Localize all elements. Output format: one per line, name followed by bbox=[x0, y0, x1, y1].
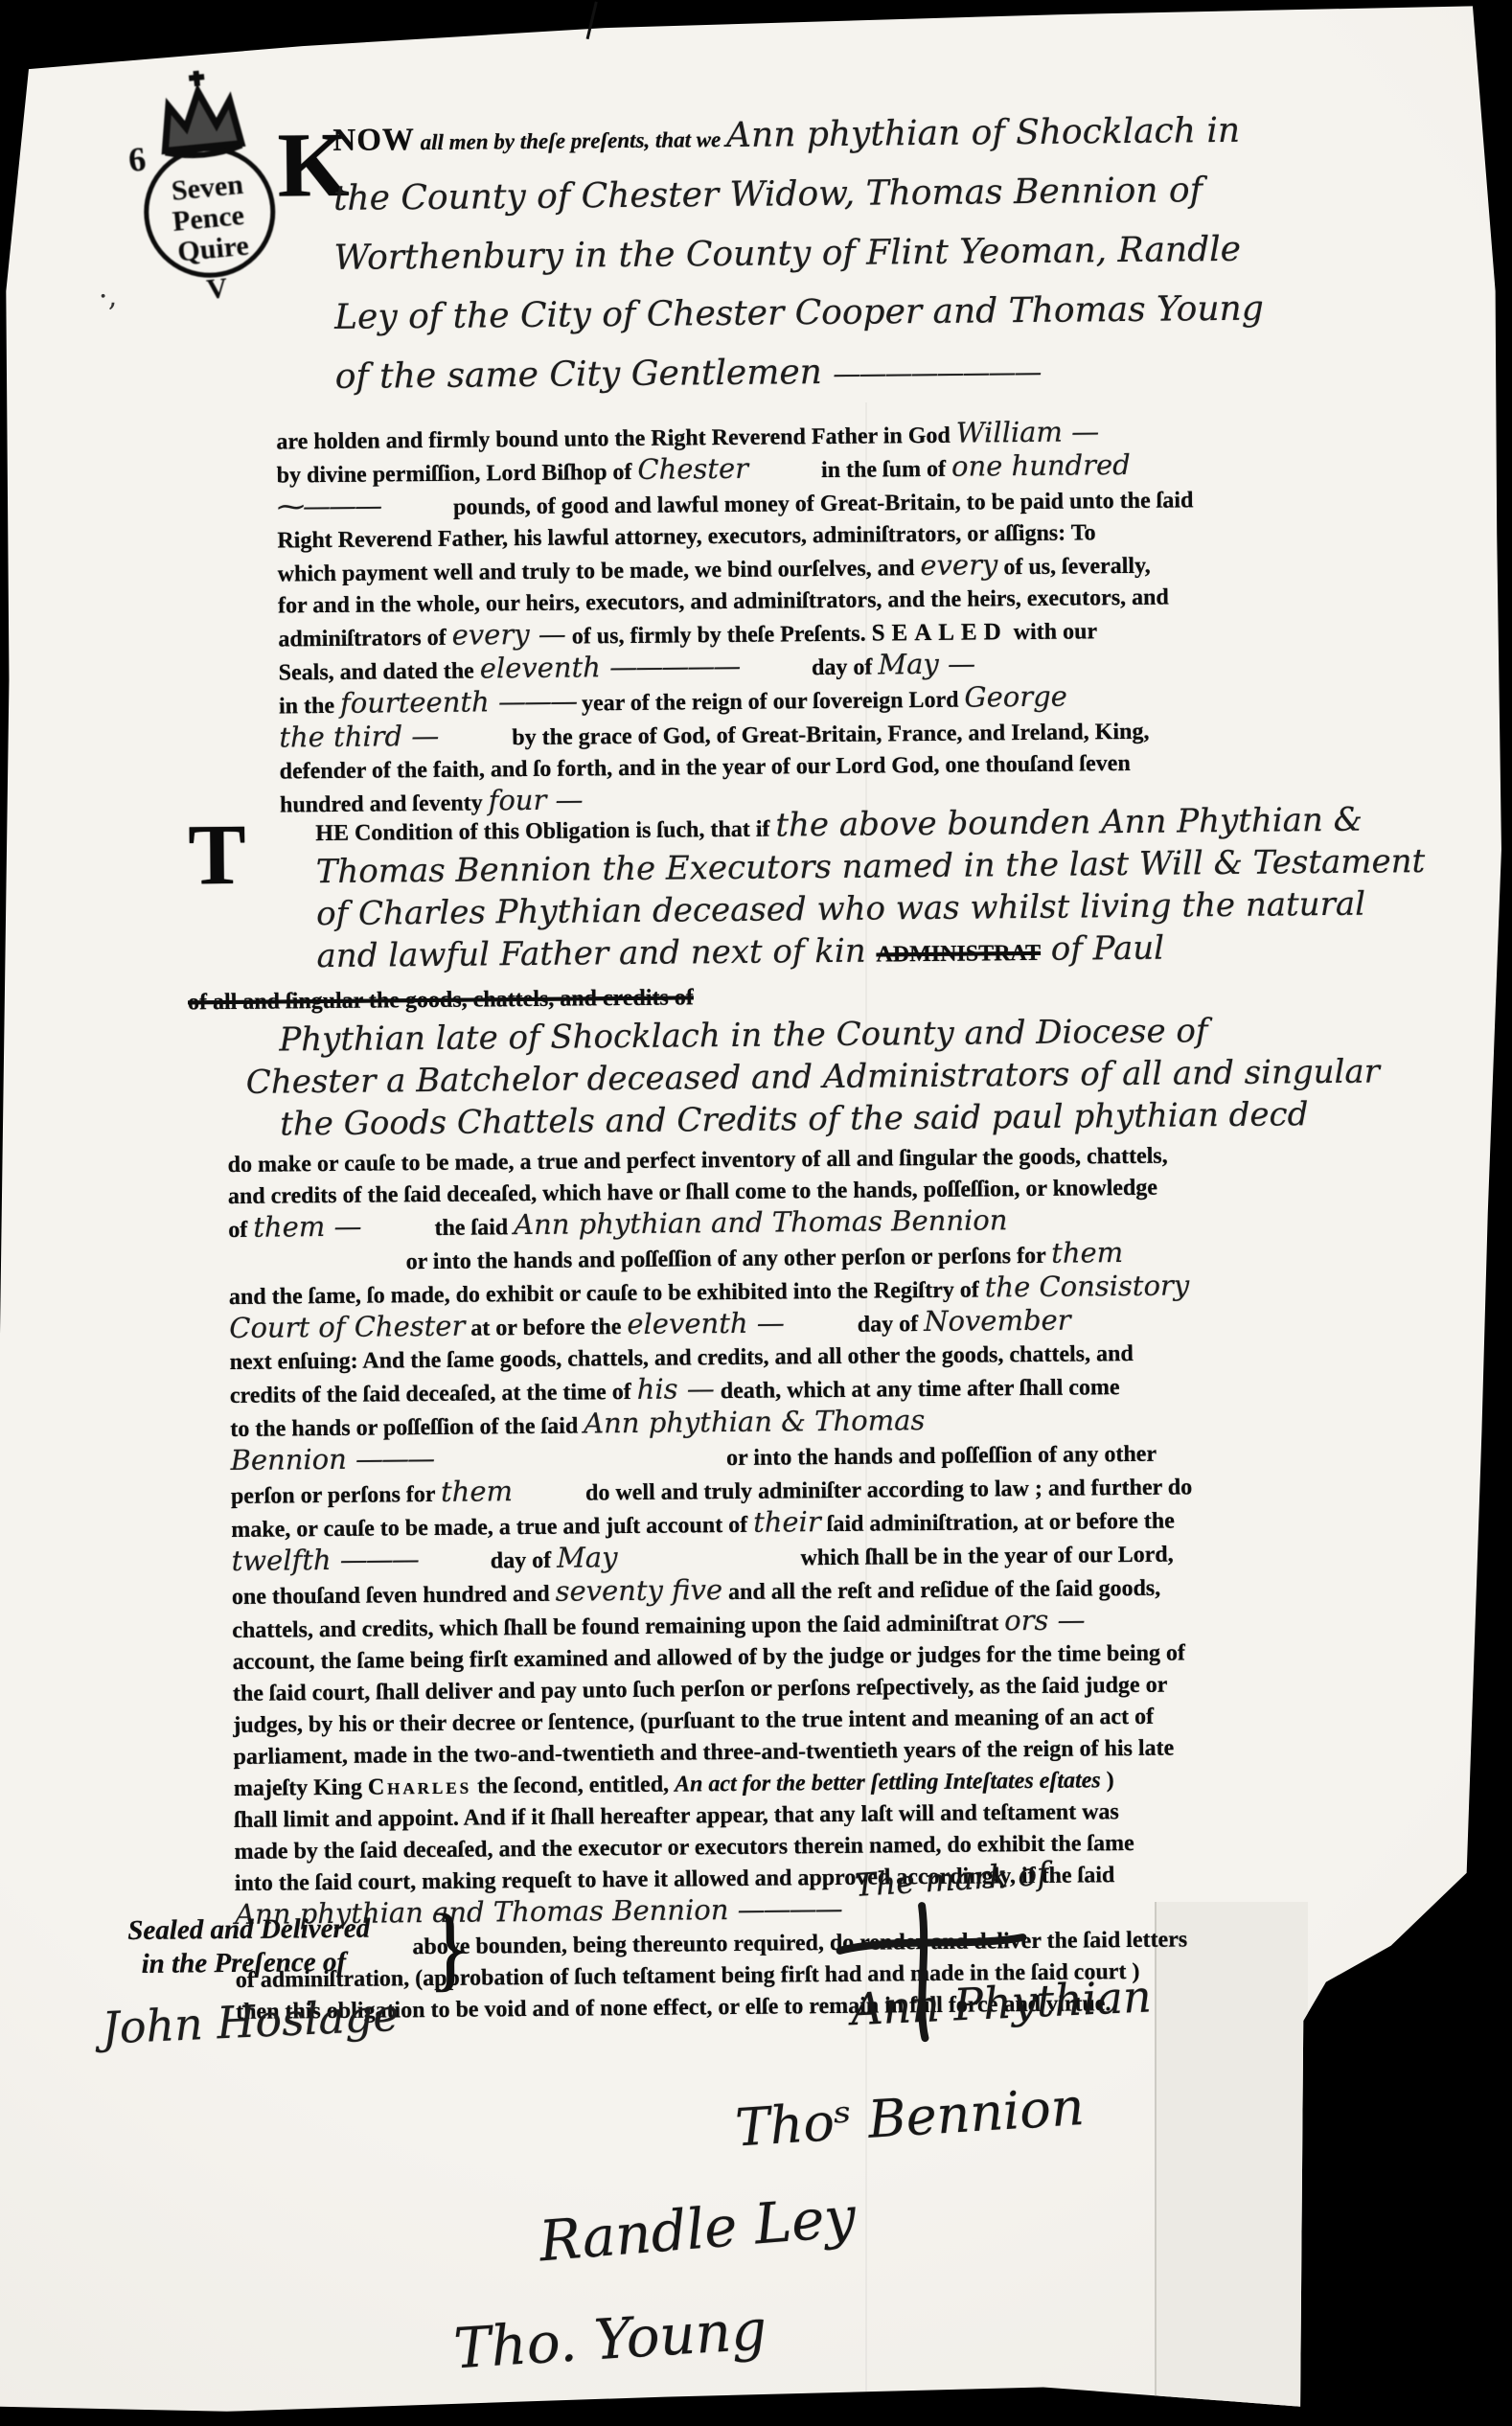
text-segment: Bennion bbox=[230, 1443, 355, 1476]
text-segment: ——— bbox=[498, 685, 576, 719]
text-segment: every bbox=[920, 548, 997, 582]
stray-pen-mark bbox=[586, 2, 598, 40]
text-segment: do make or cauſe to be made, a true and … bbox=[228, 1144, 1168, 1178]
document-line: the County of Chester Widow, Thomas Benn… bbox=[333, 165, 1475, 235]
text-segment: HE Condition of this Obligation is ſuch,… bbox=[315, 817, 775, 847]
text-segment: day of bbox=[852, 1312, 925, 1338]
text-segment bbox=[380, 515, 447, 515]
text-segment: ——— bbox=[355, 1442, 433, 1476]
text-segment: or into the hands and poſſeſſion of any … bbox=[721, 1442, 1157, 1471]
text-segment bbox=[618, 1565, 795, 1567]
text-segment: Ann phythian and Thomas Bennion bbox=[514, 1203, 1008, 1241]
text-segment: NOW bbox=[332, 123, 415, 158]
text-segment: and all the reſt and reſidue of the ſaid… bbox=[722, 1576, 1160, 1605]
text-segment bbox=[513, 1500, 580, 1501]
text-segment: day of bbox=[485, 1548, 558, 1574]
text-segment: George bbox=[964, 680, 1067, 714]
crown-icon: 6 Seven Pence Quire V bbox=[119, 54, 300, 312]
text-segment: by divine permiſſion, Lord Biſhop of bbox=[277, 460, 638, 489]
text-segment: which payment well and truly to be made,… bbox=[278, 556, 921, 586]
text-segment: the above bounden Ann Phythian & bbox=[775, 801, 1363, 845]
text-segment: An act for the better ſettling Inteſtate… bbox=[675, 1768, 1101, 1797]
text-segment bbox=[439, 744, 506, 745]
text-segment: Seals, and dated the bbox=[279, 658, 480, 685]
text-segment: chattels, and credits, which ſhall be fo… bbox=[232, 1611, 1004, 1643]
text-segment: ————— bbox=[609, 650, 739, 683]
text-segment: Phythian late of Shocklach in the County… bbox=[279, 1012, 1207, 1059]
text-segment: of us, firmly by theſe Preſents. bbox=[566, 622, 872, 650]
text-segment: of all and ſingular the goods, chattels,… bbox=[188, 985, 694, 1015]
attestation-block: Sealed and Delivered in the Preſence of … bbox=[127, 1911, 531, 1981]
text-segment: Ley of the City of Chester Cooper and Th… bbox=[334, 289, 1264, 337]
text-segment: with our bbox=[1008, 619, 1098, 645]
text-segment bbox=[362, 1235, 429, 1236]
text-segment: Court of Chester bbox=[229, 1310, 465, 1344]
text-segment: Charles bbox=[368, 1774, 471, 1800]
signature-thomas-young: Tho. Young bbox=[452, 2297, 768, 2381]
text-segment: make, or cauſe to be made, a true and ju… bbox=[231, 1513, 753, 1543]
text-segment bbox=[418, 1568, 485, 1568]
text-segment: defender of the faith, and ſo forth, and… bbox=[280, 751, 1131, 785]
text-segment: adminiſtrators of bbox=[278, 626, 452, 652]
text-segment: the County of Chester Widow, Thomas Benn… bbox=[333, 171, 1203, 218]
text-segment: majeſty King bbox=[234, 1775, 368, 1801]
stamp-letter-v: V bbox=[205, 272, 229, 306]
revenue-stamp: 6 Seven Pence Quire V bbox=[119, 54, 300, 312]
signature-thomas-bennion: Thoˢ Bennion bbox=[734, 2076, 1087, 2158]
text-segment: and lawful Father and next of kin bbox=[316, 932, 876, 976]
condition-paragraph: HE Condition of this Obligation is ſuch,… bbox=[224, 802, 1491, 2029]
text-segment: ——— bbox=[340, 1543, 418, 1576]
text-segment: William — bbox=[956, 415, 1100, 448]
text-segment: of the same City Gentlemen bbox=[335, 353, 834, 397]
text-segment: every — bbox=[451, 618, 565, 652]
text-segment: for and in the whole, our heirs, executo… bbox=[278, 585, 1169, 619]
text-segment: at or before the bbox=[465, 1315, 627, 1341]
text-segment bbox=[433, 1465, 721, 1468]
document-line: NOW all men by theſe preſents, that we A… bbox=[332, 100, 1474, 175]
text-segment: of Paul bbox=[1041, 929, 1164, 969]
document-line: Worthenbury in the County of Flint Yeoma… bbox=[333, 224, 1475, 294]
text-segment: November bbox=[924, 1304, 1071, 1338]
text-segment: pounds, of good and lawful money of Grea… bbox=[447, 488, 1194, 519]
text-segment: Worthenbury in the County of Flint Yeoma… bbox=[333, 230, 1241, 278]
text-segment: or into the hands and poſſeſſion of any … bbox=[406, 1244, 1052, 1274]
text-segment: and credits of the ſaid deceaſed, which … bbox=[228, 1176, 1157, 1209]
text-segment: them — bbox=[253, 1210, 362, 1244]
text-segment bbox=[785, 1332, 852, 1333]
document-line: Ley of the City of Chester Cooper and Th… bbox=[334, 284, 1476, 354]
text-segment: parliament, made in the two-and-twentiet… bbox=[233, 1736, 1174, 1770]
document-content: 6 Seven Pence Quire V K T NOW all men by… bbox=[0, 0, 1512, 2426]
text-segment: Chester bbox=[637, 452, 748, 486]
text-segment: judges, by his or their decree or ſenten… bbox=[233, 1705, 1154, 1738]
document-line: of the same City Gentlemen ———————— bbox=[335, 343, 1477, 413]
text-segment bbox=[739, 675, 806, 675]
margin-ink-dots: ·‚ bbox=[99, 280, 117, 313]
text-segment: the ſaid bbox=[428, 1215, 514, 1241]
text-segment: ſaid adminiſtration, at or before the bbox=[821, 1509, 1175, 1538]
text-segment: to the hands or poſſeſſion of the ſaid bbox=[230, 1413, 584, 1442]
text-segment: death, which at any time after ſhall com… bbox=[715, 1375, 1120, 1404]
text-segment: do well and truly adminiſter according t… bbox=[580, 1475, 1192, 1505]
scanned-document-page: { "colors":{"background":"#000000","pape… bbox=[0, 0, 1512, 2426]
text-segment: them bbox=[1051, 1236, 1123, 1270]
text-segment: in the ſum of bbox=[815, 457, 951, 483]
text-segment bbox=[748, 477, 815, 478]
text-segment: of bbox=[228, 1218, 253, 1243]
text-segment: in the bbox=[279, 694, 340, 720]
text-segment: ) bbox=[1101, 1768, 1114, 1793]
text-segment: his — bbox=[637, 1372, 715, 1406]
text-segment: one thouſand ſeven hundred and bbox=[232, 1582, 556, 1610]
text-segment: by the grace of God, of Great-Britain, F… bbox=[506, 720, 1149, 750]
text-segment bbox=[229, 1269, 406, 1270]
text-segment: next enſuing: And the ſame goods, chatte… bbox=[230, 1341, 1134, 1375]
text-segment: eleventh bbox=[480, 651, 610, 684]
text-segment: all men by theſe preſents, that we bbox=[415, 127, 726, 154]
witness-signature: John Hoslage bbox=[101, 1989, 400, 2054]
text-segment: are holden and firmly bound unto the Rig… bbox=[276, 423, 956, 455]
text-segment: Ann phythian of Shocklach in bbox=[726, 111, 1240, 155]
text-segment: ⁓——— bbox=[277, 489, 380, 522]
text-segment: Ann phythian & Thomas bbox=[584, 1404, 925, 1439]
text-segment: their bbox=[753, 1505, 821, 1539]
attestation-brace: } bbox=[426, 1892, 473, 2003]
text-segment: eleventh — bbox=[627, 1306, 785, 1340]
text-segment: ſhall limit and appoint. And if it ſhall… bbox=[234, 1799, 1119, 1833]
text-segment: one hundred bbox=[951, 448, 1131, 483]
text-segment: seventy five bbox=[555, 1573, 722, 1608]
stamp-numeral: 6 bbox=[126, 140, 148, 180]
stamp-word-quire: Quire bbox=[176, 230, 250, 268]
text-segment: and the ſame, ſo made, do exhibit or cau… bbox=[229, 1277, 985, 1310]
text-segment: credits of the ſaid deceaſed, at the tim… bbox=[230, 1380, 637, 1408]
text-segment: perſon or perſons for bbox=[231, 1482, 441, 1509]
text-segment: fourteenth bbox=[340, 685, 498, 720]
text-segment: May — bbox=[878, 647, 975, 680]
text-segment: ———————— bbox=[833, 355, 1040, 390]
text-segment: the Consistory bbox=[985, 1269, 1190, 1303]
text-segment: of us, ſeverally, bbox=[997, 554, 1151, 581]
text-segment: which ſhall be in the year of our Lord, bbox=[794, 1543, 1173, 1571]
bond-paragraph: are holden and firmly bound unto the Rig… bbox=[276, 415, 1473, 823]
text-segment: year of the reign of our ſovereign Lord bbox=[576, 688, 965, 717]
text-segment: ors — bbox=[1004, 1603, 1086, 1636]
text-segment: day of bbox=[806, 654, 879, 680]
text-segment: them bbox=[441, 1475, 513, 1508]
signature-randle-ley: Randle Ley bbox=[537, 2184, 858, 2274]
text-segment: the ſaid court, ſhall deliver and pay un… bbox=[233, 1673, 1168, 1706]
text-segment: ADMINISTRAT bbox=[876, 941, 1041, 968]
text-segment: May bbox=[557, 1541, 618, 1574]
text-segment: account, the ſame being firſt examined a… bbox=[233, 1640, 1186, 1675]
text-segment: the ſecond, entitled, bbox=[471, 1773, 675, 1799]
text-segment: twelfth bbox=[231, 1544, 340, 1577]
opening-paragraph: NOW all men by theſe preſents, that we A… bbox=[332, 100, 1476, 413]
text-segment: the third — bbox=[279, 720, 439, 754]
text-segment: SEALED bbox=[872, 619, 1008, 646]
